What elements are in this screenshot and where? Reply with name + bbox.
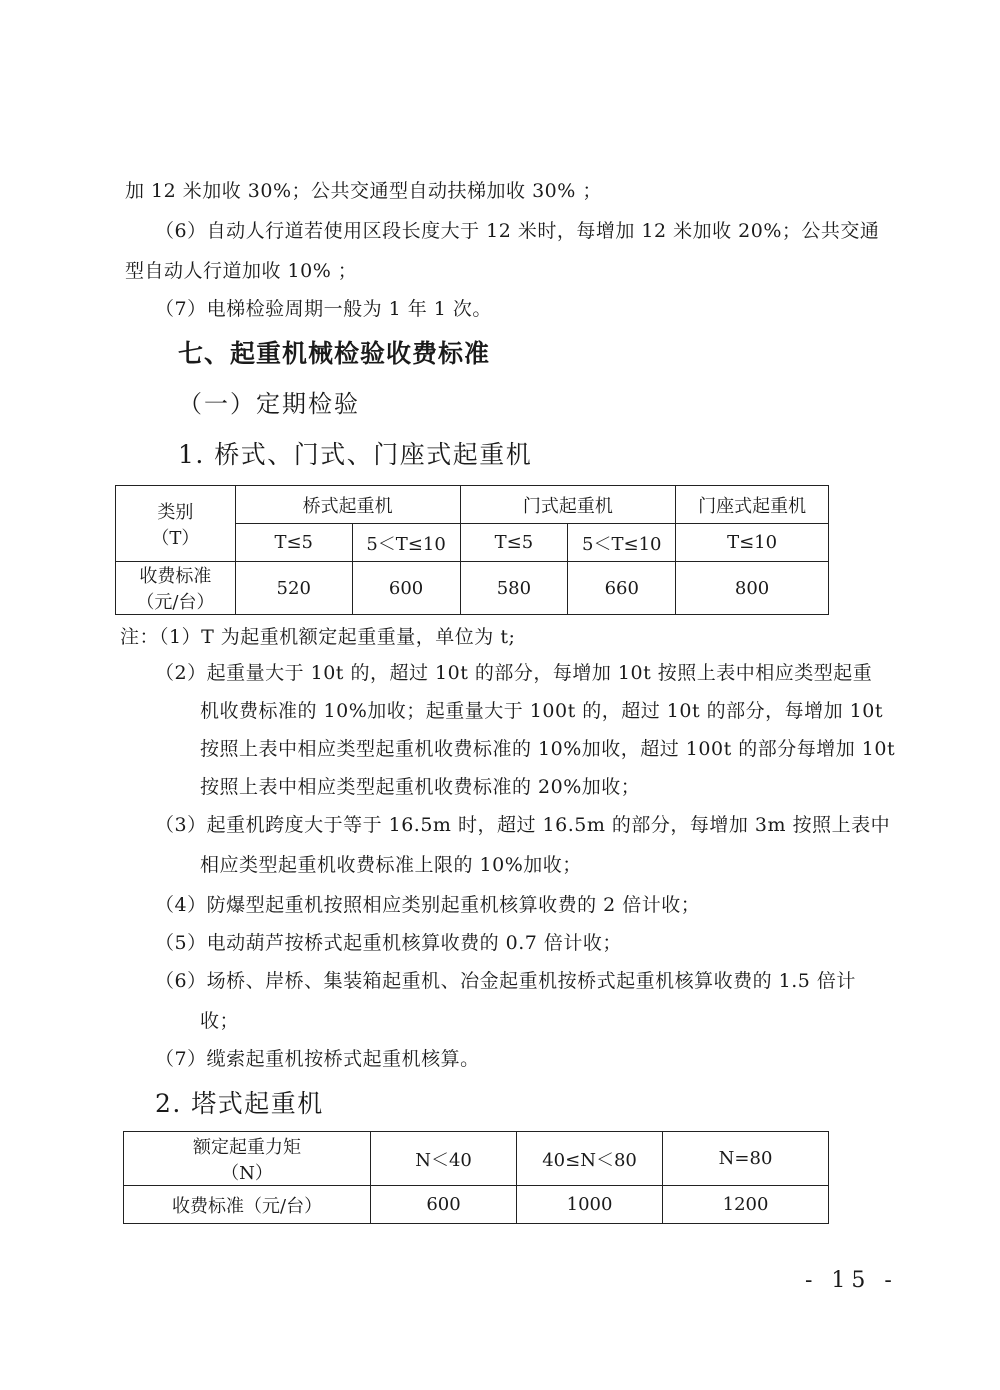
range-cell: T≤10: [676, 524, 829, 562]
range-cell: N=80: [663, 1132, 829, 1186]
note-line: 机收费标准的 10%加收；起重量大于 100t 的，超过 10t 的部分，每增加…: [200, 696, 883, 723]
range-cell: 5＜T≤10: [352, 524, 460, 562]
paragraph-line: 型自动人行道加收 10% ；: [125, 256, 357, 283]
item2-title: 2. 塔式起重机: [155, 1084, 324, 1120]
fee-label: 收费标准: [116, 562, 235, 588]
note-line: 按照上表中相应类型起重机收费标准的 20%加收；: [200, 772, 640, 799]
note-line: 相应类型起重机收费标准上限的 10%加收；: [200, 850, 582, 877]
tower-crane-fee-table: 额定起重力矩 （N） N＜40 40≤N＜80 N=80 收费标准（元/台） 6…: [123, 1131, 829, 1224]
note-line: （5）电动葫芦按桥式起重机核算收费的 0.7 倍计收；: [155, 928, 622, 955]
range-cell: 40≤N＜80: [516, 1132, 662, 1186]
section-title: 七、起重机械检验收费标准: [178, 334, 490, 370]
fee-unit: （元/台）: [116, 588, 235, 614]
note-line: 收；: [200, 1006, 239, 1033]
fee-cell: 520: [235, 562, 352, 615]
note-line: （3）起重机跨度大于等于 16.5m 时，超过 16.5m 的部分，每增加 3m…: [155, 810, 890, 837]
fee-cell: 600: [371, 1186, 517, 1224]
moment-header: 额定起重力矩 （N）: [124, 1132, 371, 1186]
note-line: 注：（1）T 为起重机额定起重重量，单位为 t;: [120, 622, 515, 649]
fee-cell: 580: [460, 562, 568, 615]
paragraph-line: （6）自动人行道若使用区段长度大于 12 米时，每增加 12 米加收 20%；公…: [155, 216, 879, 243]
range-cell: T≤5: [235, 524, 352, 562]
note-line: （6）场桥、岸桥、集装箱起重机、冶金起重机按桥式起重机核算收费的 1.5 倍计: [155, 966, 856, 993]
fee-label-cell: 收费标准（元/台）: [124, 1186, 371, 1224]
moment-label: 额定起重力矩: [124, 1133, 370, 1159]
category-header: 类别 （T）: [116, 486, 236, 562]
fee-cell: 1200: [663, 1186, 829, 1224]
fee-cell: 1000: [516, 1186, 662, 1224]
fee-cell: 600: [352, 562, 460, 615]
range-cell: N＜40: [371, 1132, 517, 1186]
paragraph-line: （7）电梯检验周期一般为 1 年 1 次。: [155, 294, 492, 321]
page-number: - 15 -: [805, 1268, 898, 1293]
fee-cell: 800: [676, 562, 829, 615]
moment-unit: （N）: [124, 1159, 370, 1185]
group-header: 门座式起重机: [676, 486, 829, 524]
note-line: （7）缆索起重机按桥式起重机核算。: [155, 1044, 480, 1071]
fee-cell: 660: [568, 562, 676, 615]
note-line: （2）起重量大于 10t 的，超过 10t 的部分，每增加 10t 按照上表中相…: [155, 658, 872, 685]
paragraph-line: 加 12 米加收 30%；公共交通型自动扶梯加收 30% ；: [125, 176, 602, 203]
note-line: （4）防爆型起重机按照相应类别起重机核算收费的 2 倍计收；: [155, 890, 700, 917]
subsection-title: （一）定期检验: [178, 384, 360, 419]
fee-label-cell: 收费标准 （元/台）: [116, 562, 236, 615]
bridge-gantry-portal-crane-fee-table: 类别 （T） 桥式起重机 门式起重机 门座式起重机 T≤5 5＜T≤10 T≤5…: [115, 485, 829, 615]
range-cell: 5＜T≤10: [568, 524, 676, 562]
group-header: 桥式起重机: [235, 486, 460, 524]
category-unit: （T）: [116, 524, 235, 550]
category-label: 类别: [116, 498, 235, 524]
group-header: 门式起重机: [460, 486, 676, 524]
note-line: 按照上表中相应类型起重机收费标准的 10%加收，超过 100t 的部分每增加 1…: [200, 734, 895, 761]
item1-title: 1. 桥式、门式、门座式起重机: [178, 435, 532, 471]
range-cell: T≤5: [460, 524, 568, 562]
